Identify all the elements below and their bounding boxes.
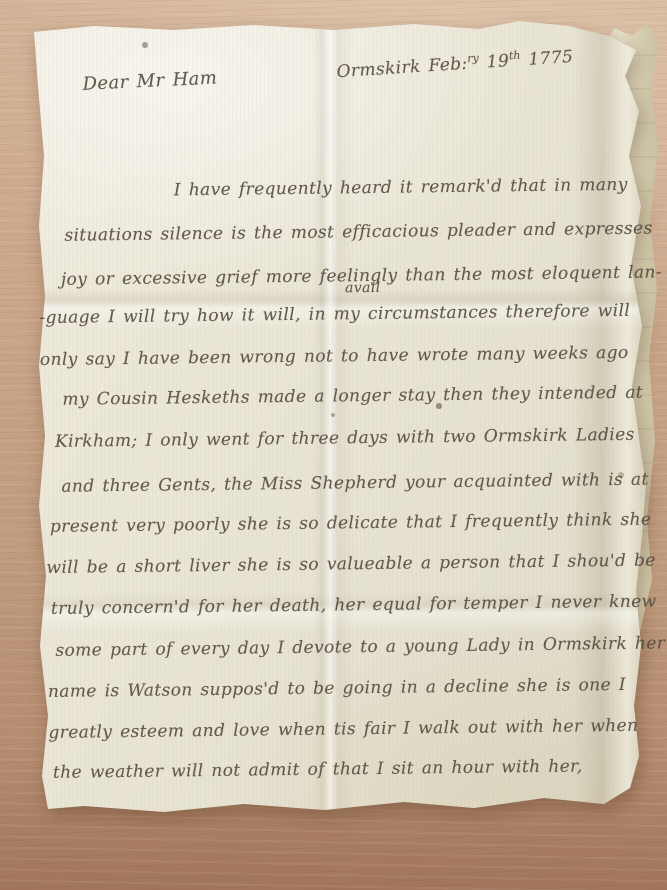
dateline-year: 1775 [528,47,574,70]
dateline-place: Ormskirk Feb: [336,54,468,82]
handwriting-layer: Dear Mr Ham Ormskirk Feb:ry 19th 1775 I … [0,0,667,890]
dateline-day: 19 [486,51,510,72]
handwriting-line: the weather will not admit of that I sit… [53,756,583,782]
handwriting-line: situations silence is the most efficacio… [64,219,652,246]
greeting-line: Dear Mr Ham [82,67,218,94]
handwriting-line: name is Watson suppos'd to be going in a… [48,675,626,702]
handwriting-line: some part of every day I devote to a you… [55,633,665,660]
letter-photo: real to age Dear Mr Ham Ormskirk Feb:ry … [0,0,667,890]
handwriting-line: and three Gents, the Miss Shepherd your … [61,470,648,497]
handwriting-line: present very poorly she is so delicate t… [50,510,652,537]
dateline: Ormskirk Feb:ry 19th 1775 [336,45,574,82]
handwriting-line: Kirkham; I only went for three days with… [55,425,635,452]
handwriting-line: truly concern'd for her death, her equal… [51,592,657,619]
handwriting-line: my Cousin Heskeths made a longer stay th… [62,383,643,410]
handwriting-line: only say I have been wrong not to have w… [40,343,629,370]
inserted-word-avail: avail [345,280,381,296]
handwriting-line: greatly esteem and love when tis fair I … [48,716,638,743]
dateline-sup-th: th [508,49,520,63]
handwriting-line: I have frequently heard it remark'd that… [174,175,628,201]
handwriting-line: will be a short liver she is so valueabl… [46,551,656,578]
dateline-sup-ry: ry [467,51,479,65]
handwriting-line: -guage I will try how it will, in my cir… [39,301,630,328]
